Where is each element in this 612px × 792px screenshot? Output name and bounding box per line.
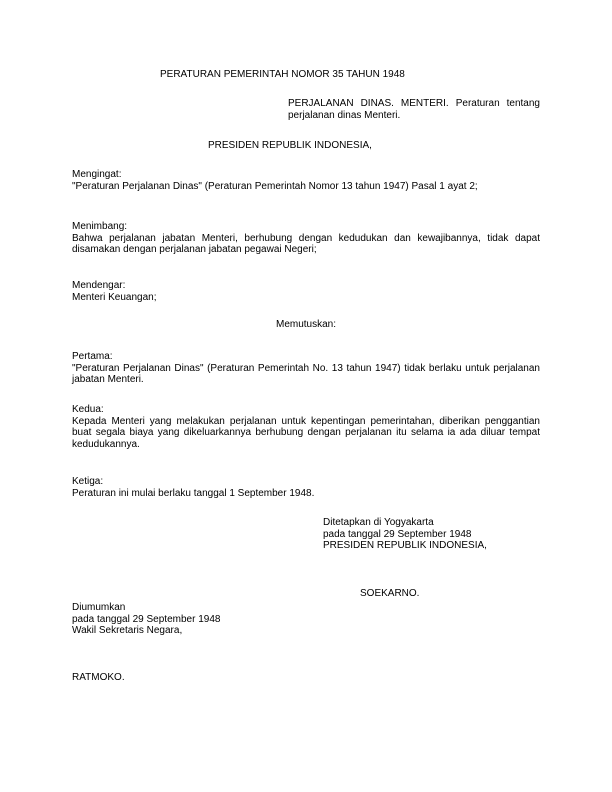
enactment-block: Ditetapkan di Yogyakarta pada tanggal 29… <box>323 517 487 552</box>
article-text: Kepada Menteri yang melakukan perjalanan… <box>72 416 540 451</box>
article-label: Kedua: <box>72 404 540 416</box>
document-title: PERATURAN PEMERINTAH NOMOR 35 TAHUN 1948 <box>160 69 405 81</box>
president-signatory: SOEKARNO. <box>360 588 419 600</box>
section-text: Bahwa perjalanan jabatan Menteri, berhub… <box>72 233 540 256</box>
section-menimbang: Menimbang: Bahwa perjalanan jabatan Ment… <box>72 221 540 256</box>
article-label: Pertama: <box>72 351 540 363</box>
enactment-place: Ditetapkan di Yogyakarta <box>323 517 487 529</box>
section-text: Menteri Keuangan; <box>72 292 540 304</box>
article-text: "Peraturan Perjalanan Dinas" (Peraturan … <box>72 363 540 386</box>
decision-heading: Memutuskan: <box>72 319 540 331</box>
article-text: Peraturan ini mulai berlaku tanggal 1 Se… <box>72 488 540 500</box>
enactment-date: pada tanggal 29 September 1948 <box>323 529 487 541</box>
section-mengingat: Mengingat: "Peraturan Perjalanan Dinas" … <box>72 169 540 192</box>
enactment-office: PRESIDEN REPUBLIK INDONESIA, <box>323 540 487 552</box>
section-text: "Peraturan Perjalanan Dinas" (Peraturan … <box>72 181 540 193</box>
announcement-block: Diumumkan pada tanggal 29 September 1948… <box>72 602 220 637</box>
announcement-date: pada tanggal 29 September 1948 <box>72 614 220 626</box>
announcement-label: Diumumkan <box>72 602 220 614</box>
document-subject: PERJALANAN DINAS. MENTERI. Peraturan ten… <box>288 98 540 121</box>
section-mendengar: Mendengar: Menteri Keuangan; <box>72 280 540 303</box>
article-pertama: Pertama: "Peraturan Perjalanan Dinas" (P… <box>72 351 540 386</box>
issuer-heading: PRESIDEN REPUBLIK INDONESIA, <box>208 140 372 152</box>
article-kedua: Kedua: Kepada Menteri yang melakukan per… <box>72 404 540 450</box>
announcement-office: Wakil Sekretaris Negara, <box>72 625 220 637</box>
section-label: Menimbang: <box>72 221 540 233</box>
secretary-signatory: RATMOKO. <box>72 672 125 684</box>
section-label: Mendengar: <box>72 280 540 292</box>
section-label: Mengingat: <box>72 169 540 181</box>
article-label: Ketiga: <box>72 476 540 488</box>
article-ketiga: Ketiga: Peraturan ini mulai berlaku tang… <box>72 476 540 499</box>
